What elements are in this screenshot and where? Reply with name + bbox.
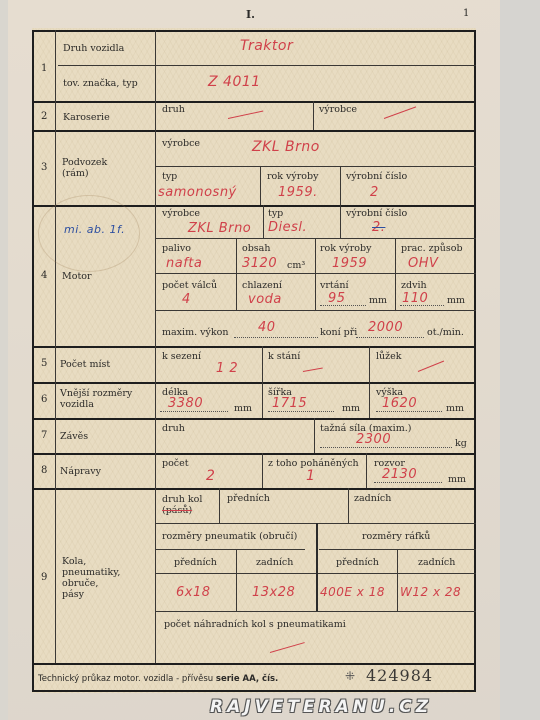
- field-value-otacky: 2000: [368, 320, 403, 335]
- field-value-vyska: 1620: [382, 396, 417, 411]
- row-label-motor: Motor: [62, 271, 92, 282]
- field-value-rok-vyroby: 1959.: [278, 185, 318, 200]
- row-number: 5: [41, 358, 47, 369]
- field-label-prac-zpusob: prac. způsob: [401, 243, 463, 254]
- background-surface: [500, 0, 540, 720]
- footer-title: Technický průkaz motor. vozidla - přívěs…: [38, 674, 213, 684]
- column-divider: [395, 238, 396, 310]
- unit-label: ot./min.: [427, 327, 464, 338]
- field-label-typ: typ: [268, 208, 283, 219]
- field-value-rim-rear: W12 x 28: [400, 585, 461, 599]
- handwritten-annotation: mi. ab. 1f.: [64, 223, 125, 236]
- row-label-ram: (rám): [62, 168, 89, 179]
- field-value-chlazeni: voda: [248, 292, 282, 307]
- field-label-vyrobce: výrobce: [319, 104, 357, 115]
- watermark: RAJVETERANU.CZ: [210, 697, 432, 717]
- field-value-max-vykon: 40: [258, 320, 276, 335]
- row-number: 2: [41, 111, 47, 122]
- field-label-typ: typ: [162, 171, 177, 182]
- field-label-rok-vyroby: rok výroby: [267, 171, 318, 182]
- field-value-tazna-sila: 2300: [356, 432, 391, 447]
- field-value-prac-zpusob: OHV: [408, 256, 438, 271]
- page-number: 1: [463, 8, 469, 19]
- row-divider: [32, 488, 476, 490]
- field-value-typ: Z 4011: [208, 74, 261, 90]
- column-divider: [155, 30, 156, 663]
- row-label-pneumatiky: pneumatiky,: [62, 567, 120, 578]
- field-label-obsah: obsah: [242, 243, 270, 254]
- field-value-typ: Diesl.: [268, 220, 307, 235]
- field-value-pocet-valcu: 4: [182, 292, 191, 307]
- row-label-karoserie: Karoserie: [63, 112, 110, 123]
- row-number: 9: [41, 572, 47, 583]
- field-label-vyrobce: výrobce: [162, 138, 200, 149]
- unit-label: mm: [369, 295, 387, 306]
- field-label-vrtani: vrtání: [320, 280, 349, 291]
- field-value-vyrobni-cislo: 2.: [372, 220, 385, 235]
- row-label-vnejsi-rozmery: Vnější rozměry: [60, 388, 132, 399]
- column-divider: [263, 205, 264, 238]
- row-divider: [32, 130, 476, 132]
- document-footer: Technický průkaz motor. vozidla - přívěs…: [38, 674, 278, 684]
- field-label-vyrobce: výrobce: [162, 208, 200, 219]
- dotted-line: [234, 337, 318, 338]
- dotted-line: [320, 447, 452, 448]
- field-label-druh: druh: [162, 423, 185, 434]
- column-divider: [369, 346, 370, 382]
- unit-label: mm: [446, 403, 464, 414]
- row-label-obruce: obruče,: [62, 578, 98, 589]
- column-divider: [348, 488, 349, 523]
- field-value-zdvih: 110: [402, 291, 428, 306]
- field-label-zadnich: zadních: [354, 493, 391, 504]
- unit-label: mm: [447, 295, 465, 306]
- row-label-pocet-mist: Počet míst: [60, 359, 110, 370]
- field-value-vyrobni-cislo: 2: [370, 185, 379, 200]
- row-divider: [155, 611, 476, 612]
- field-label-pasu-struck: (pásů): [162, 505, 192, 516]
- field-value-k-sezeni: 1 2: [216, 361, 238, 376]
- column-divider: [366, 453, 367, 488]
- column-divider: [262, 346, 263, 382]
- row-divider: [32, 418, 476, 420]
- unit-label: cm³: [287, 260, 305, 271]
- dotted-line: [268, 411, 334, 412]
- field-value-pohanenych: 1: [306, 468, 315, 484]
- field-label-max-vykon: maxim. výkon: [162, 327, 228, 338]
- field-value-tyre-front: 6x18: [176, 585, 211, 600]
- row-number: 4: [41, 270, 47, 281]
- row-label-napravy: Nápravy: [60, 466, 101, 477]
- field-label-tyre-front: předních: [174, 557, 217, 568]
- field-value-typ: samonosný: [158, 185, 237, 200]
- column-divider: [340, 205, 341, 238]
- row-divider: [58, 65, 476, 66]
- field-label-luzek: lůžek: [376, 351, 402, 362]
- column-divider: [369, 382, 370, 418]
- field-label-k-sezeni: k sezení: [162, 351, 201, 362]
- field-label-vyrobni-cislo: výrobní číslo: [346, 208, 407, 219]
- field-label-nahradni-kola: počet náhradních kol s pneumatikami: [164, 619, 346, 630]
- row-number: 8: [41, 465, 47, 476]
- column-divider: [262, 382, 263, 418]
- field-value-rim-front: 400E x 18: [320, 585, 385, 599]
- column-divider: [236, 238, 237, 310]
- column-divider: [55, 30, 56, 663]
- dotted-line: [160, 411, 228, 412]
- field-value-rozvor: 2130: [382, 467, 417, 482]
- field-label-rok-vyroby: rok výroby: [320, 243, 371, 254]
- row-label-podvozek: Podvozek: [62, 157, 107, 168]
- unit-label: mm: [234, 403, 252, 414]
- column-divider: [219, 488, 220, 523]
- field-label-tyre-rear: zadních: [256, 557, 293, 568]
- unit-label: mm: [448, 474, 466, 485]
- section-heading: I.: [246, 8, 255, 21]
- field-value-palivo: nafta: [166, 256, 202, 271]
- tyre-dimensions-header: rozměry pneumatik (obručí): [162, 531, 297, 542]
- row-divider: [32, 101, 476, 103]
- field-value-rok-vyroby: 1959: [332, 256, 367, 271]
- field-label-druh-kol: druh kol: [162, 494, 202, 505]
- field-value-vrtani: 95: [328, 291, 346, 306]
- field-label-k-stani: k stání: [268, 351, 300, 362]
- row-divider: [32, 346, 476, 348]
- row-divider: [32, 453, 476, 455]
- field-value-obsah: 3120: [242, 256, 277, 271]
- dotted-line: [376, 411, 442, 412]
- seal-icon: ⁜: [345, 669, 355, 683]
- row-number: 1: [41, 63, 47, 74]
- column-divider: [315, 238, 316, 310]
- row-label-vozidla: vozidla: [60, 399, 94, 410]
- rim-dimensions-header: rozměry ráfků: [362, 531, 430, 542]
- field-value-vyrobce: ZKL Brno: [188, 221, 251, 236]
- field-value-pocet: 2: [206, 468, 215, 484]
- dotted-line: [356, 337, 424, 338]
- field-label-rim-rear: zadních: [418, 557, 455, 568]
- row-label-zaves: Závěs: [60, 431, 88, 442]
- column-divider: [314, 418, 315, 453]
- column-divider: [260, 166, 261, 205]
- field-label-zdvih: zdvih: [401, 280, 427, 291]
- field-label-prednich: předních: [227, 493, 270, 504]
- field-label-chlazeni: chlazení: [242, 280, 282, 291]
- row-divider: [155, 166, 476, 167]
- serial-number: 424984: [366, 666, 433, 685]
- row-number: 7: [41, 430, 47, 441]
- dotted-line: [374, 482, 442, 483]
- row-divider: [155, 549, 305, 550]
- field-value-tyre-rear: 13x28: [252, 585, 295, 600]
- field-label-palivo: palivo: [162, 243, 191, 254]
- footer-series: serie AA, čís.: [216, 674, 278, 684]
- unit-label: mm: [342, 403, 360, 414]
- field-label-vyrobni-cislo: výrobní číslo: [346, 171, 407, 182]
- field-label-rim-front: předních: [336, 557, 379, 568]
- field-label-pocet: počet: [162, 458, 189, 469]
- field-label-druh-vozidla: Druh vozidla: [63, 43, 124, 54]
- unit-label: kg: [455, 438, 467, 449]
- column-divider: [313, 101, 314, 130]
- field-value-vyrobce: ZKL Brno: [252, 139, 320, 155]
- row-label-kola: Kola,: [62, 556, 86, 567]
- column-divider: [340, 166, 341, 205]
- row-number: 6: [41, 394, 47, 405]
- field-label-koni-pri: koní při: [320, 327, 357, 338]
- field-label-tovarni-znacka: tov. značka, typ: [63, 78, 138, 89]
- field-value-druh-vozidla: Traktor: [240, 38, 293, 54]
- row-label-pasy: pásy: [62, 589, 84, 600]
- field-label-pocet-valcu: počet válců: [162, 280, 217, 291]
- column-divider: [262, 453, 263, 488]
- row-divider: [155, 310, 476, 311]
- column-divider: [397, 549, 398, 611]
- column-divider: [236, 549, 237, 611]
- column-divider: [316, 523, 318, 611]
- row-divider: [32, 663, 476, 665]
- row-divider: [32, 382, 476, 384]
- row-number: 3: [41, 162, 47, 173]
- field-label-druh: druh: [162, 104, 185, 115]
- field-value-delka: 3380: [168, 396, 203, 411]
- field-value-sirka: 1715: [272, 396, 307, 411]
